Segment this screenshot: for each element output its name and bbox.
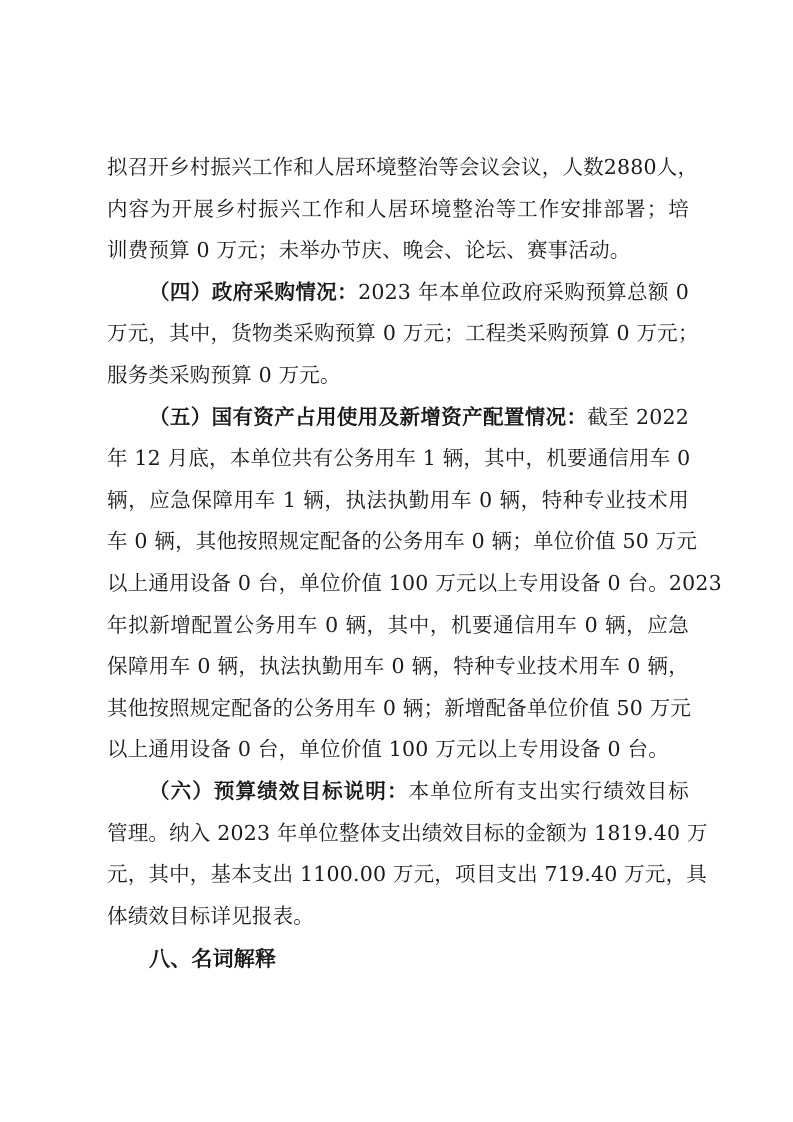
text-line: 保障用车 0 辆，执法执勤用车 0 辆，特种专业技术用车 0 辆， bbox=[107, 646, 689, 688]
paragraph-performance-targets: （六）预算绩效目标说明：本单位所有支出实行绩效目标 管理。纳入 2023 年单位… bbox=[107, 771, 689, 937]
text-line: 其他按照规定配备的公务用车 0 辆；新增配备单位价值 50 万元 bbox=[107, 688, 689, 730]
text-run: 本单位所有支出实行绩效目标 bbox=[409, 779, 689, 803]
text-line: 训费预算 0 万元；未举办节庆、晚会、论坛、赛事活动。 bbox=[107, 230, 689, 272]
text-line: 内容为开展乡村振兴工作和人居环境整治等工作安排部署；培 bbox=[107, 189, 689, 231]
text-line: 辆，应急保障用车 1 辆，执法执勤用车 0 辆，特种专业技术用 bbox=[107, 480, 689, 522]
section-heading-assets: （五）国有资产占用使用及新增资产配置情况： bbox=[149, 405, 587, 429]
text-line: （四）政府采购情况：2023 年本单位政府采购预算总额 0 bbox=[107, 272, 689, 314]
paragraph-state-assets: （五）国有资产占用使用及新增资产配置情况：截至 2022 年 12 月底，本单位… bbox=[107, 397, 689, 771]
text-line: 年拟新增配置公务用车 0 辆，其中，机要通信用车 0 辆，应急 bbox=[107, 605, 689, 647]
text-line: （六）预算绩效目标说明：本单位所有支出实行绩效目标 bbox=[107, 771, 689, 813]
text-line: 服务类采购预算 0 万元。 bbox=[107, 355, 689, 397]
text-run: 2023 年本单位政府采购预算总额 0 bbox=[358, 280, 689, 304]
section-heading-procurement: （四）政府采购情况： bbox=[149, 280, 358, 304]
text-run: 截至 2022 bbox=[587, 405, 689, 429]
text-line: 以上通用设备 0 台，单位价值 100 万元以上专用设备 0 台。2023 bbox=[107, 563, 689, 605]
text-line: 万元，其中，货物类采购预算 0 万元；工程类采购预算 0 万元； bbox=[107, 313, 689, 355]
text-line: 元，其中，基本支出 1100.00 万元，项目支出 719.40 万元，具 bbox=[107, 854, 689, 896]
chapter-heading-glossary: 八、名词解释 bbox=[107, 939, 689, 981]
text-line: （五）国有资产占用使用及新增资产配置情况：截至 2022 bbox=[107, 397, 689, 439]
paragraph-meeting-continuation: 拟召开乡村振兴工作和人居环境整治等会议会议，人数2880人， 内容为开展乡村振兴… bbox=[107, 147, 689, 272]
text-line: 以上通用设备 0 台，单位价值 100 万元以上专用设备 0 台。 bbox=[107, 729, 689, 771]
text-line: 车 0 辆，其他按照规定配备的公务用车 0 辆；单位价值 50 万元 bbox=[107, 521, 689, 563]
text-line: 拟召开乡村振兴工作和人居环境整治等会议会议，人数2880人， bbox=[107, 147, 689, 189]
text-line: 体绩效目标详见报表。 bbox=[107, 896, 689, 938]
text-line: 年 12 月底，本单位共有公务用车 1 辆，其中，机要通信用车 0 bbox=[107, 438, 689, 480]
section-heading-performance: （六）预算绩效目标说明： bbox=[149, 779, 409, 803]
paragraph-government-procurement: （四）政府采购情况：2023 年本单位政府采购预算总额 0 万元，其中，货物类采… bbox=[107, 272, 689, 397]
document-page: 拟召开乡村振兴工作和人居环境整治等会议会议，人数2880人， 内容为开展乡村振兴… bbox=[107, 147, 689, 981]
text-line: 管理。纳入 2023 年单位整体支出绩效目标的金额为 1819.40 万 bbox=[107, 813, 689, 855]
